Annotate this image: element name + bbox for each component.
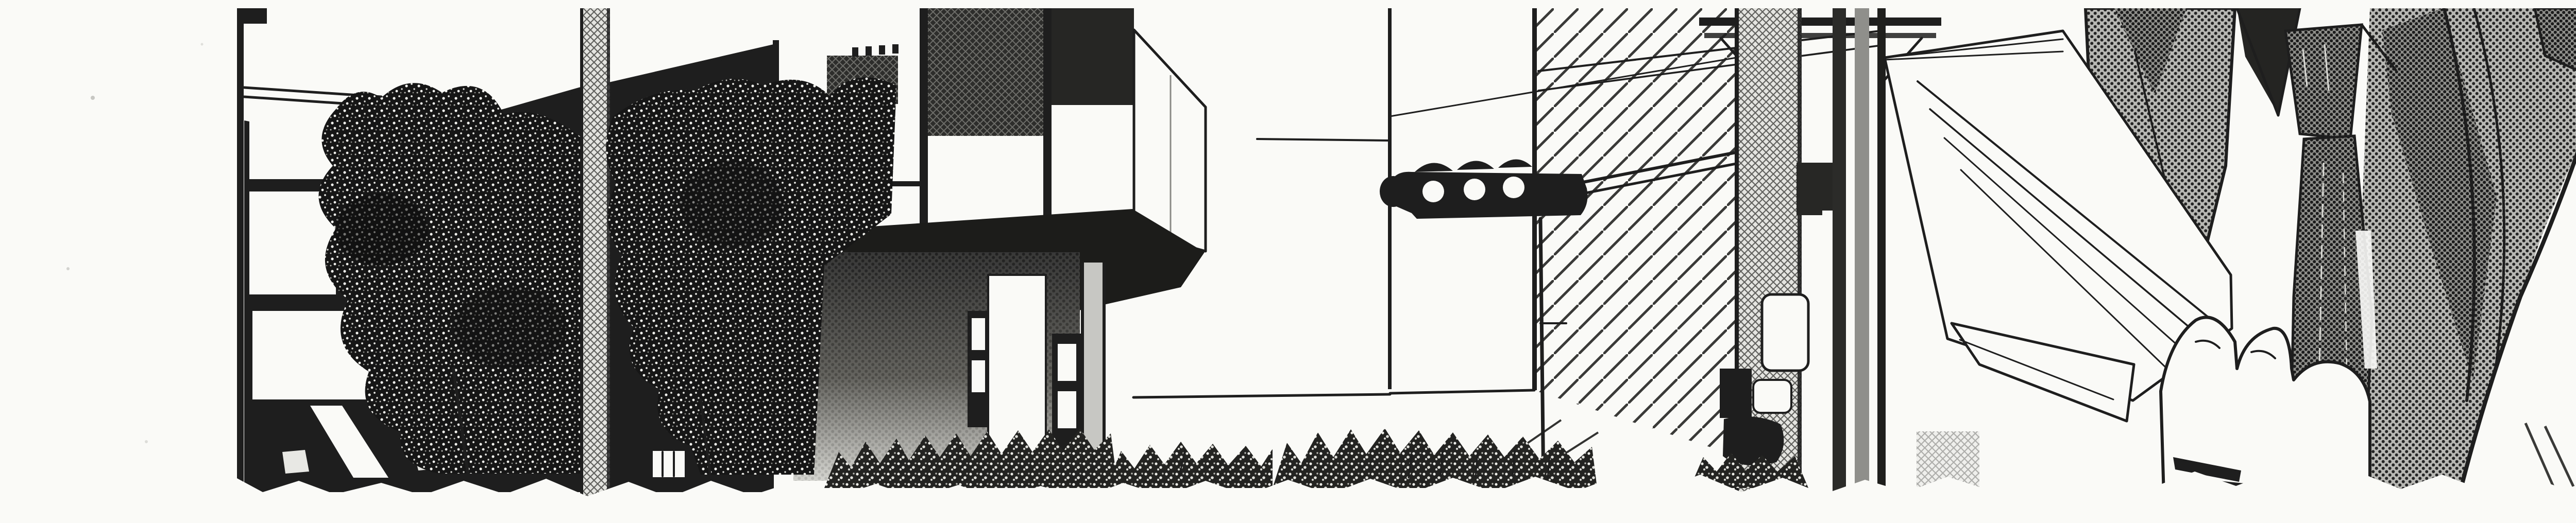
- speck-5: [201, 43, 204, 46]
- vent-3: [879, 45, 885, 55]
- vent-2: [866, 46, 872, 56]
- speck-3: [145, 440, 148, 443]
- pole-edge-left: [580, 8, 583, 496]
- speck-2: [66, 267, 70, 270]
- manga-panel: Black-and-white manga street panel: offi…: [21, 8, 2576, 515]
- canopy-shadow-2: [453, 286, 567, 369]
- companion-pole-3: [1877, 8, 1886, 497]
- pole-hardware-window: [1822, 211, 1834, 235]
- left-margin: [21, 8, 236, 515]
- base-equipment-box: [1720, 369, 1752, 418]
- speck-1: [91, 96, 95, 100]
- mullion-1: [920, 8, 928, 253]
- pole-sign: [1762, 294, 1808, 371]
- vent-4: [892, 44, 899, 54]
- wall-gap-3: [282, 450, 309, 474]
- sign-box-left-inset-1: [972, 318, 985, 350]
- small-sign: [652, 450, 686, 478]
- hatched-window: [928, 8, 1043, 136]
- panel-border-line: [237, 8, 244, 495]
- signal-lamp-2: [1464, 179, 1485, 200]
- telephone-pole: [580, 8, 610, 496]
- companion-pole-1: [1833, 8, 1846, 497]
- pole-edge-right: [607, 8, 610, 496]
- dark-panel: [1052, 8, 1134, 105]
- pole-shaft: [580, 8, 610, 496]
- sign-box-right-inset-1: [1058, 344, 1076, 381]
- signal-lamp-1: [1422, 181, 1444, 202]
- canopy-shadow: [680, 160, 783, 248]
- pole-edge-right: [1798, 8, 1802, 498]
- signal-end-cap: [1380, 176, 1406, 207]
- companion-pole-2: [1855, 8, 1869, 497]
- panel-border-corner: [237, 8, 267, 24]
- canopy-shadow-1: [335, 194, 428, 266]
- sign-box-right-inset-2: [1058, 391, 1076, 428]
- sign-box-left-inset-2: [972, 360, 985, 392]
- signal-housing: [1392, 172, 1588, 219]
- signal-lamp-3: [1503, 177, 1524, 198]
- base-white-box: [1753, 380, 1791, 413]
- panel-art: [21, 8, 2576, 515]
- vent-1: [852, 47, 858, 57]
